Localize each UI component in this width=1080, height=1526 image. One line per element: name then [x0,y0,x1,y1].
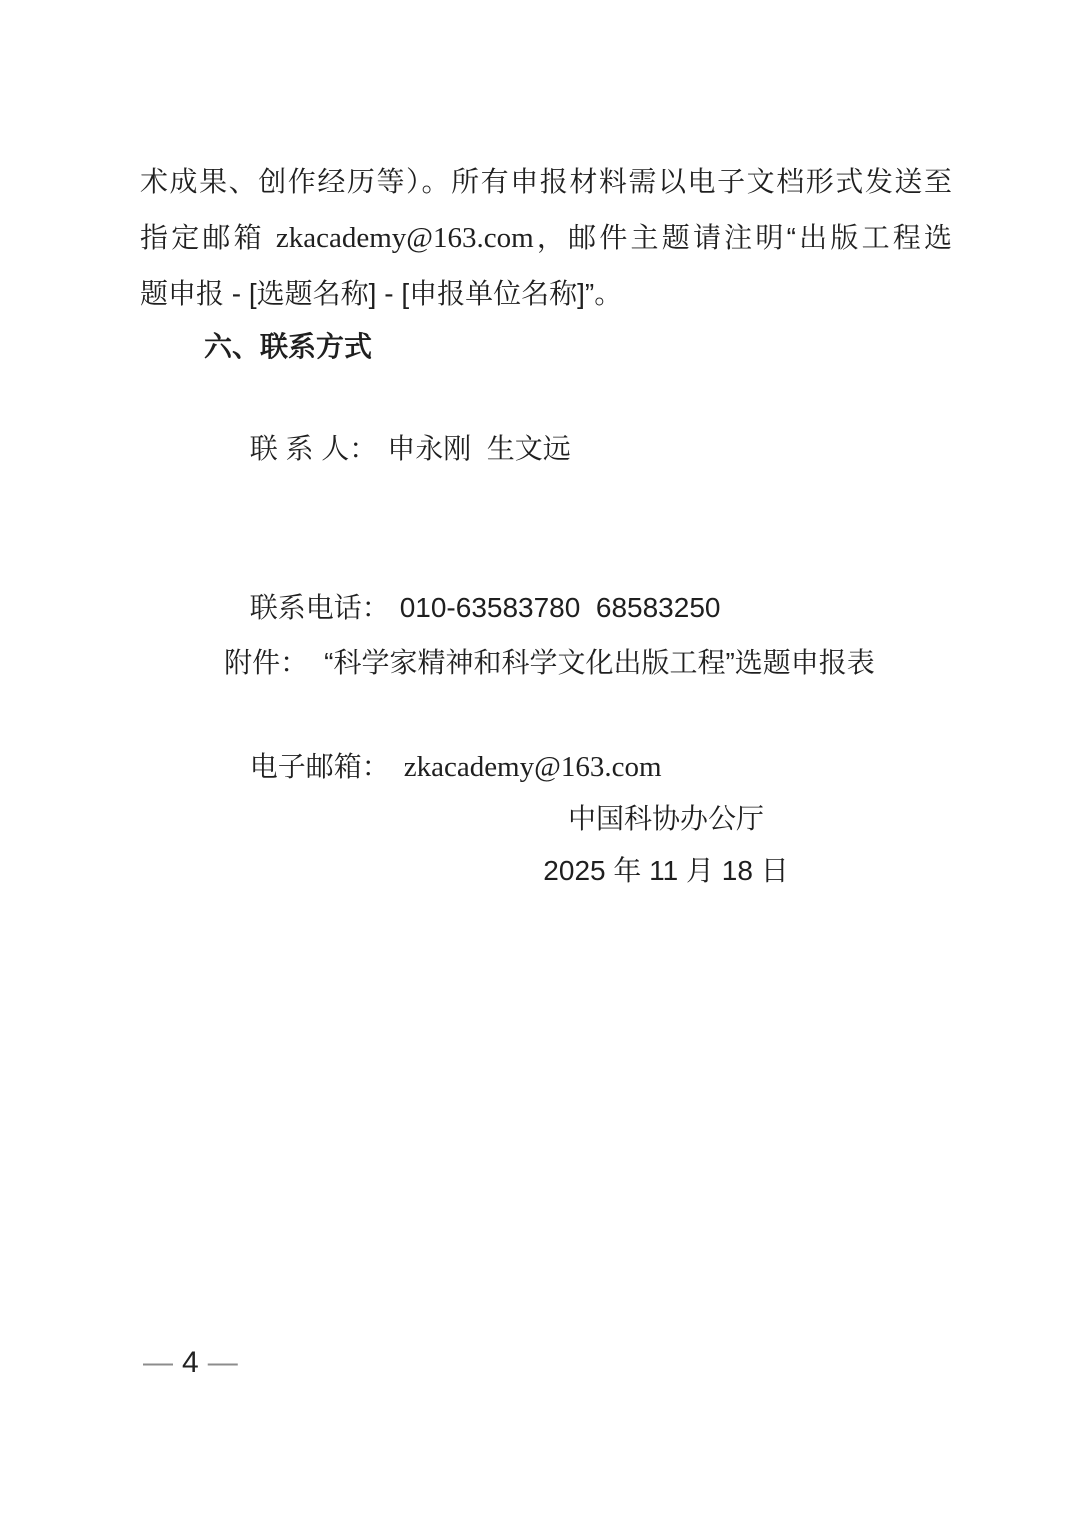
page-number-footer: —4— [143,1343,238,1383]
contact-person-label: 联 系 人： [250,433,378,464]
paragraph-line-3: 题申报 - [选题名称] - [申报单位名称]”。 [140,266,952,322]
attachment-label: 附件： [224,647,308,678]
footer-page-number: 4 [182,1346,199,1379]
signature-organization: 中国科协办公厅 [286,793,1046,845]
body-paragraph: 术成果、创作经历等）。所有申报材料需以电子文档形式发送至 指定邮箱 zkacad… [140,154,952,322]
contact-person-names: 申永刚 生文远 [387,433,571,464]
paragraph-line-2-suffix: ，邮件主题请注明“出版工程选 [534,222,952,253]
attachment-line: 附件：“科学家精神和科学文化出版工程”选题申报表 [193,579,875,747]
email-address-inline: zkacademy@163.com [276,222,534,254]
section-heading-contact: 六、联系方式 [204,319,372,375]
signature-block: 中国科协办公厅 2025 年 11 月 18 日 [286,793,1046,897]
paragraph-line-2: 指定邮箱 zkacademy@163.com，邮件主题请注明“出版工程选 [140,210,952,266]
footer-dash-right: — [208,1346,238,1379]
document-page: 术成果、创作经历等）。所有申报材料需以电子文档形式发送至 指定邮箱 zkacad… [0,0,1080,1526]
footer-dash-left: — [143,1346,173,1379]
contact-person-row: 联 系 人：申永刚 生文远 [203,369,720,528]
paragraph-line-2-prefix: 指定邮箱 [140,222,276,253]
contact-email-label: 电子邮箱： [250,751,390,782]
signature-date: 2025 年 11 月 18 日 [286,845,1046,897]
contact-email-address: zkacademy@163.com [404,751,662,783]
attachment-title: “科学家精神和科学文化出版工程”选题申报表 [324,647,875,678]
paragraph-line-1: 术成果、创作经历等）。所有申报材料需以电子文档形式发送至 [140,154,952,210]
